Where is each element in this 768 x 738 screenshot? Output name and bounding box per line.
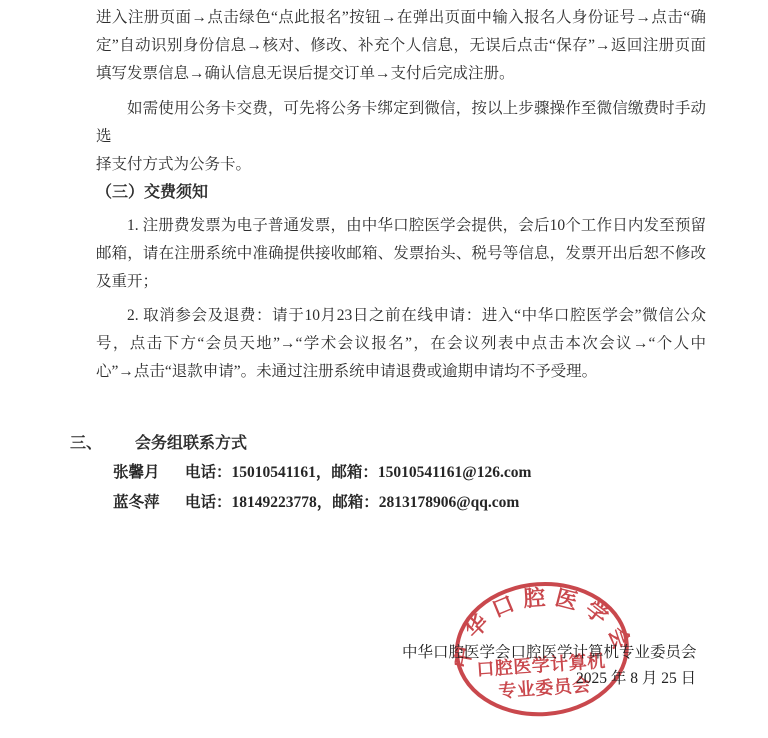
text-line: 填写发票信息→确认信息无误后提交订单→支付后完成注册。	[96, 60, 706, 88]
paragraph-refund-notice: 2. 取消参会及退费：请于10月23日之前在线申请：进入“中华口腔医学会”微信公…	[96, 302, 706, 386]
document-body: 进入注册页面→点击绿色“点此报名”按钮→在弹出页面中输入报名人身份证号→点击“确…	[96, 4, 706, 518]
contact-row: 张馨月 电话：15010541161，邮箱：15010541161@126.co…	[113, 458, 706, 488]
text-line: 2. 取消参会及退费：请于10月23日之前在线申请：进入“中华口腔医学会”微信公…	[96, 302, 706, 330]
paragraph-business-card-payment: 如需使用公务卡交费，可先将公务卡绑定到微信，按以上步骤操作至微信缴费时手动选 择…	[96, 95, 706, 179]
section-title: 会务组联系方式	[135, 430, 247, 458]
text-line: 邮箱，请在注册系统中准确提供接收邮箱、发票抬头、税号等信息，发票开出后恕不修改	[96, 240, 706, 268]
text-line: 进入注册页面→点击绿色“点此报名”按钮→在弹出页面中输入报名人身份证号→点击“确	[96, 4, 706, 32]
signature-date: 2025 年 8 月 25 日	[576, 669, 696, 689]
signature-organization: 中华口腔医学会口腔医学计算机专业委员会	[402, 643, 697, 663]
section-number: 三、	[70, 430, 135, 458]
paragraph-registration-steps: 进入注册页面→点击绿色“点此报名”按钮→在弹出页面中输入报名人身份证号→点击“确…	[96, 4, 706, 88]
text-line: 择支付方式为公务卡。	[96, 151, 706, 179]
contact-info: 电话：15010541161，邮箱：15010541161@126.com	[185, 458, 531, 488]
contact-info: 电话：18149223778，邮箱：2813178906@qq.com	[185, 488, 519, 518]
document-page: 进入注册页面→点击绿色“点此报名”按钮→在弹出页面中输入报名人身份证号→点击“确…	[0, 0, 768, 738]
text-line: 号，点击下方“会员天地”→“学术会议报名”，在会议列表中点击本次会议→“个人中	[96, 330, 706, 358]
text-line: 心”→点击“退款申请”。未通过注册系统申请退费或逾期申请均不予受理。	[96, 358, 706, 386]
text-line: 如需使用公务卡交费，可先将公务卡绑定到微信，按以上步骤操作至微信缴费时手动选	[96, 95, 706, 151]
contact-name: 张馨月	[113, 458, 185, 488]
contact-row: 蓝冬萍 电话：18149223778，邮箱：2813178906@qq.com	[113, 488, 706, 518]
section-contact-heading: 三、 会务组联系方式	[70, 430, 706, 458]
contact-name: 蓝冬萍	[113, 488, 185, 518]
text-line: 1. 注册费发票为电子普通发票，由中华口腔医学会提供，会后10个工作日内发至预留	[96, 212, 706, 240]
text-line: 定”自动识别身份信息→核对、修改、补充个人信息，无误后点击“保存”→返回注册页面	[96, 32, 706, 60]
paragraph-invoice-notice: 1. 注册费发票为电子普通发票，由中华口腔医学会提供，会后10个工作日内发至预留…	[96, 212, 706, 296]
heading-fee-notice: （三）交费须知	[96, 179, 706, 207]
text-line: 及重开；	[96, 268, 706, 296]
